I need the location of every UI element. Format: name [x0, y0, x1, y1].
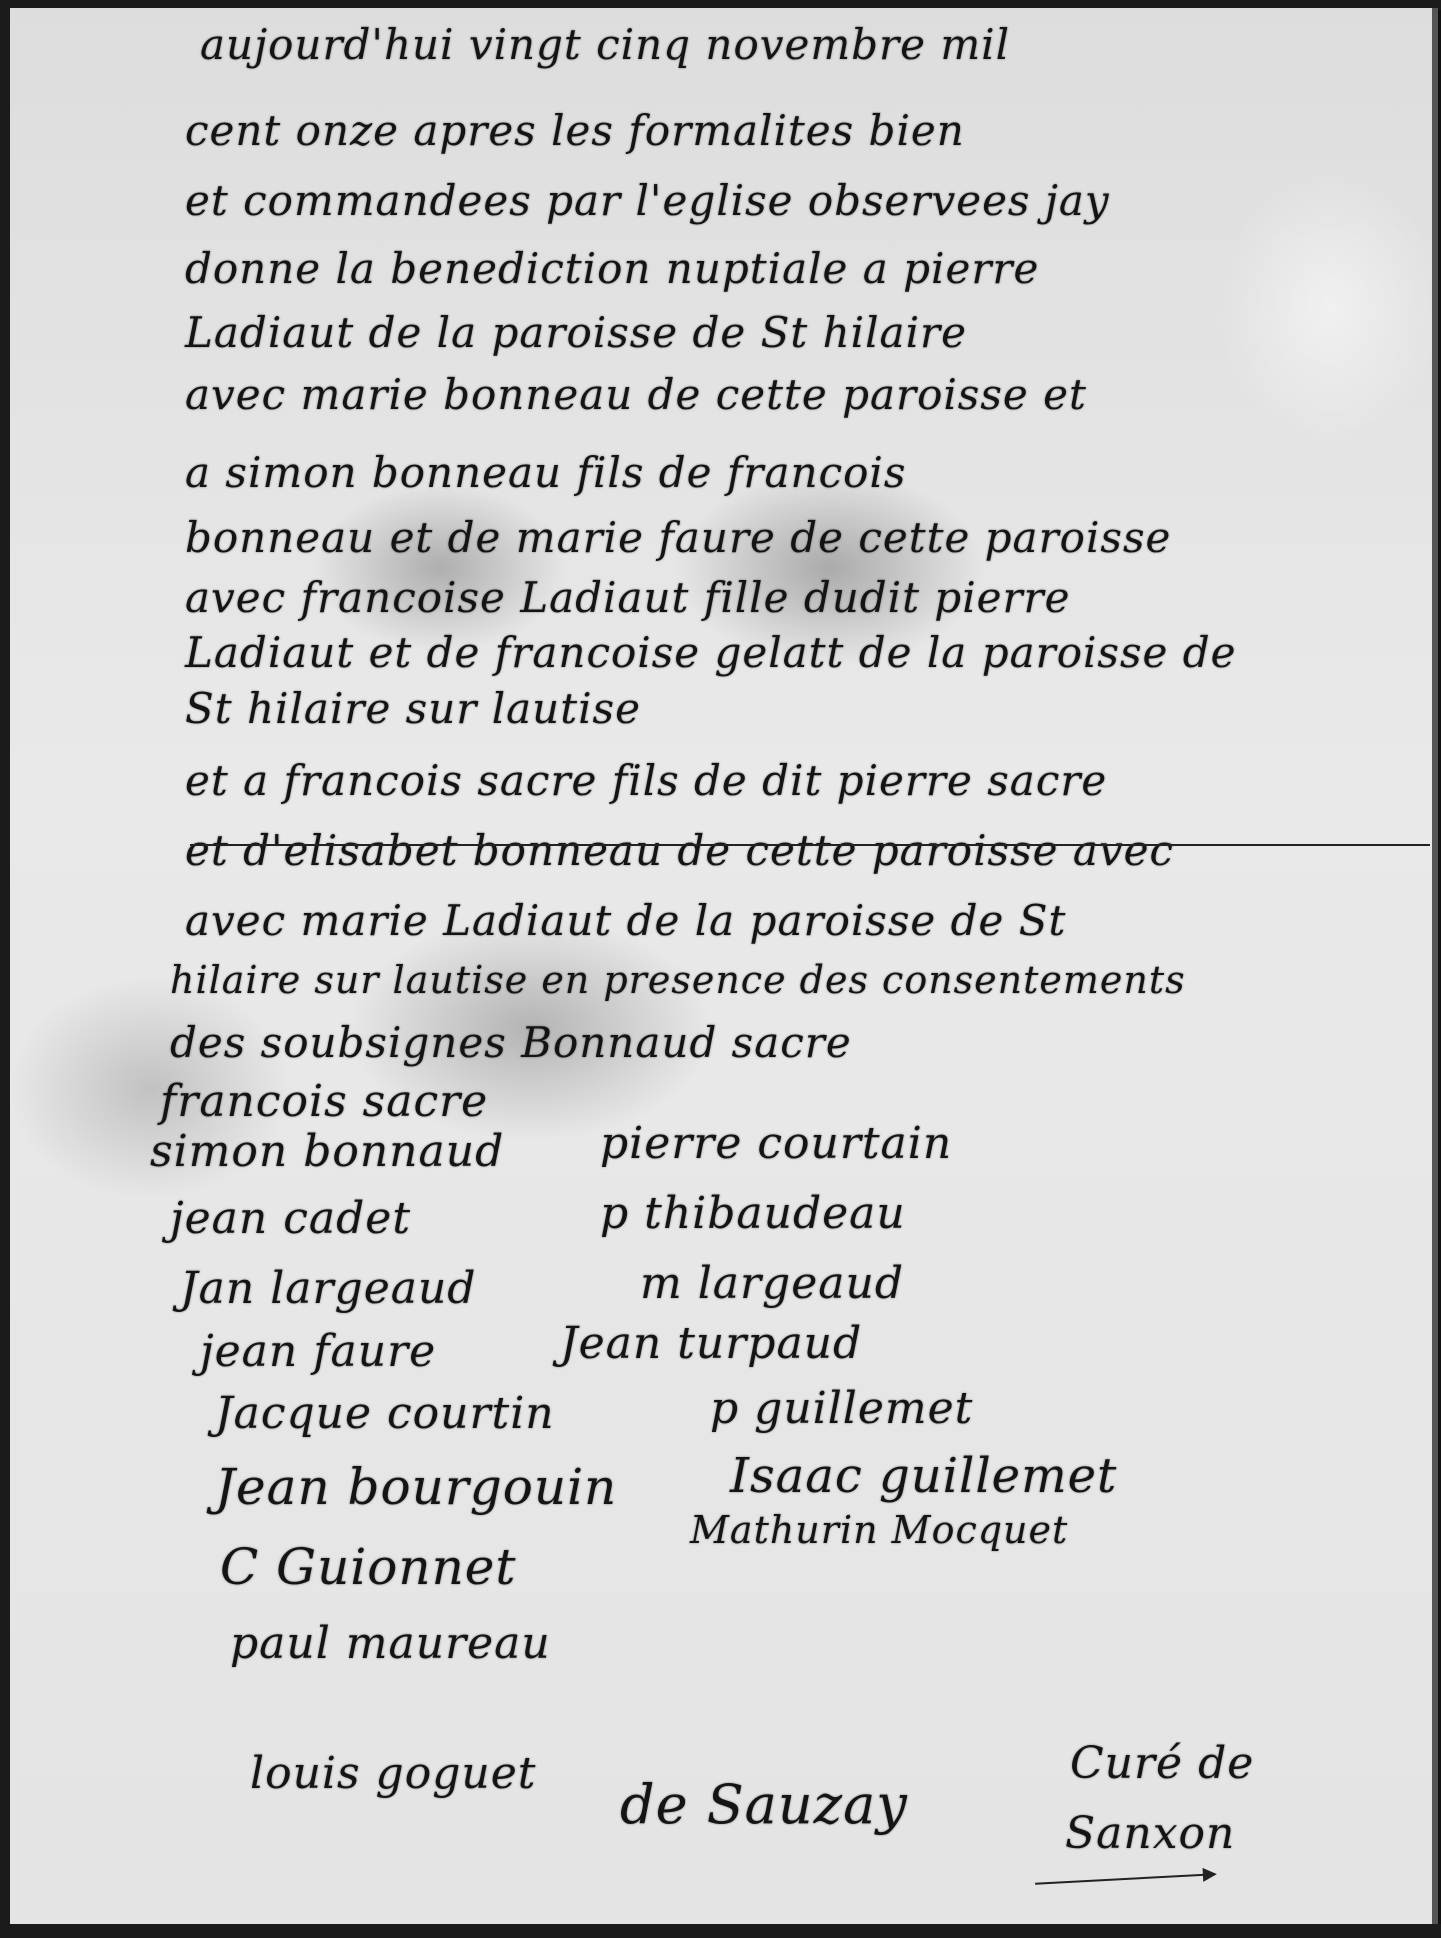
- text-line: St hilaire sur lautise: [185, 684, 641, 733]
- signature: Mathurin Mocquet: [690, 1508, 1068, 1552]
- underline: [190, 844, 1430, 846]
- text-line: cent onze apres les formalites bien: [185, 106, 965, 155]
- text-line: et commandees par l'eglise observees jay: [185, 176, 1110, 225]
- scan-bottom-edge: [0, 1924, 1441, 1938]
- text-line: Ladiaut de la paroisse de St hilaire: [185, 308, 967, 357]
- signature: Jean turpaud: [560, 1318, 862, 1369]
- officiant-signature: de Sauzay: [620, 1773, 908, 1836]
- signature: Isaac guillemet: [730, 1448, 1117, 1504]
- text-line: Ladiaut et de francoise gelatt de la par…: [185, 628, 1236, 677]
- text-line: bonneau et de marie faure de cette paroi…: [185, 513, 1171, 562]
- signature: pierre courtain: [600, 1118, 952, 1169]
- signature: jean faure: [200, 1326, 436, 1377]
- text-line: aujourd'hui vingt cinq novembre mil: [200, 20, 1010, 69]
- text-line: hilaire sur lautise en presence des cons…: [170, 958, 1186, 1002]
- text-line: avec marie bonneau de cette paroisse et: [185, 370, 1087, 419]
- register-page: aujourd'hui vingt cinq novembre mil cent…: [10, 8, 1438, 1924]
- text-line: donne la benediction nuptiale a pierre: [185, 244, 1039, 293]
- signature: louis goguet: [250, 1748, 536, 1799]
- signature: Jan largeaud: [180, 1263, 476, 1314]
- signature: simon bonnaud: [150, 1126, 504, 1177]
- signature: m largeaud: [640, 1258, 904, 1309]
- signature: Jacque courtin: [215, 1388, 555, 1439]
- signature: C Guionnet: [220, 1538, 516, 1596]
- signature: Jean bourgouin: [215, 1458, 617, 1516]
- text-line: avec marie Ladiaut de la paroisse de St: [185, 896, 1066, 945]
- officiant-parish: Sanxon: [1065, 1808, 1235, 1859]
- text-line: et a francois sacre fils de dit pierre s…: [185, 756, 1107, 805]
- text-line: a simon bonneau fils de francois: [185, 448, 906, 497]
- signature: francois sacre: [160, 1076, 488, 1127]
- signature: p thibaudeau: [600, 1188, 906, 1239]
- signature: paul maureau: [230, 1618, 551, 1669]
- text-line: des soubsignes Bonnaud sacre: [170, 1018, 852, 1067]
- signature: p guillemet: [710, 1383, 973, 1434]
- text-line: et d'elisabet bonneau de cette paroisse …: [185, 826, 1174, 875]
- officiant-title: Curé de: [1070, 1738, 1254, 1789]
- text-line: avec francoise Ladiaut fille dudit pierr…: [185, 573, 1071, 622]
- signature: jean cadet: [170, 1193, 411, 1244]
